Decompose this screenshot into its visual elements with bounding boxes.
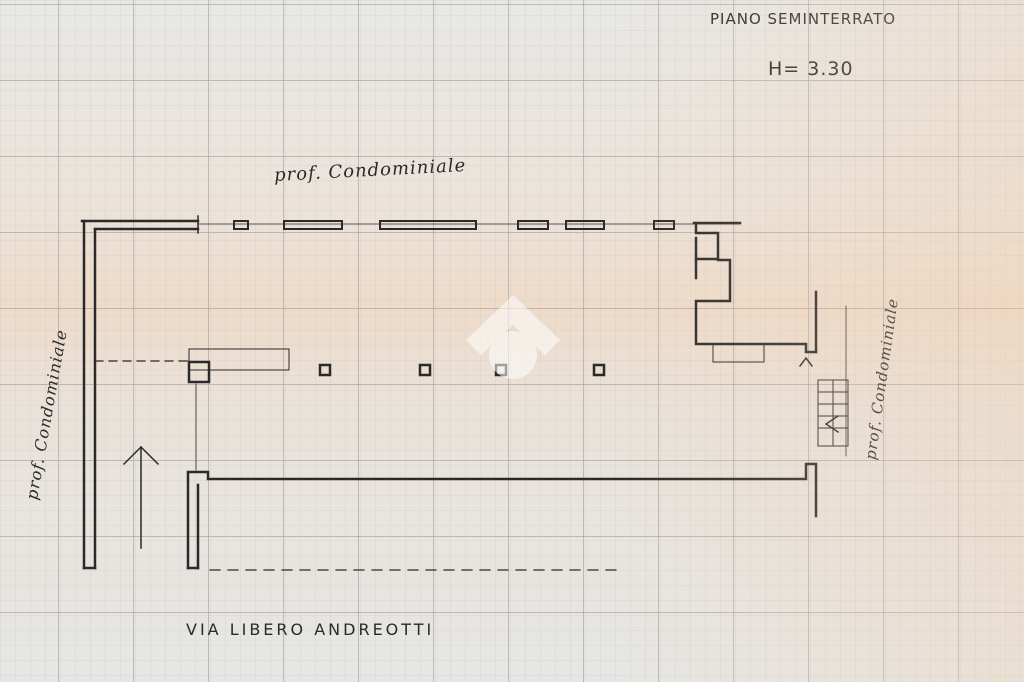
left-wall <box>84 221 95 568</box>
staircase <box>818 306 848 456</box>
graph-paper-sheet: PIANO SEMINTERRATO H= 3.30 prof. Condomi… <box>0 0 1024 682</box>
height-label: H= 3.30 <box>768 58 854 80</box>
pillars <box>189 362 604 382</box>
house-logo-watermark <box>466 295 560 379</box>
ramp-outline <box>189 349 289 370</box>
floor-plan <box>0 0 1024 682</box>
front-wall <box>188 384 816 568</box>
service-block <box>696 223 816 362</box>
drawing-title: PIANO SEMINTERRATO <box>710 10 896 28</box>
street-label: VIA LIBERO ANDREOTTI <box>186 620 434 639</box>
top-wall <box>82 216 740 233</box>
north-arrow-icon <box>124 447 158 548</box>
entrance-arrow-icon <box>800 358 812 366</box>
